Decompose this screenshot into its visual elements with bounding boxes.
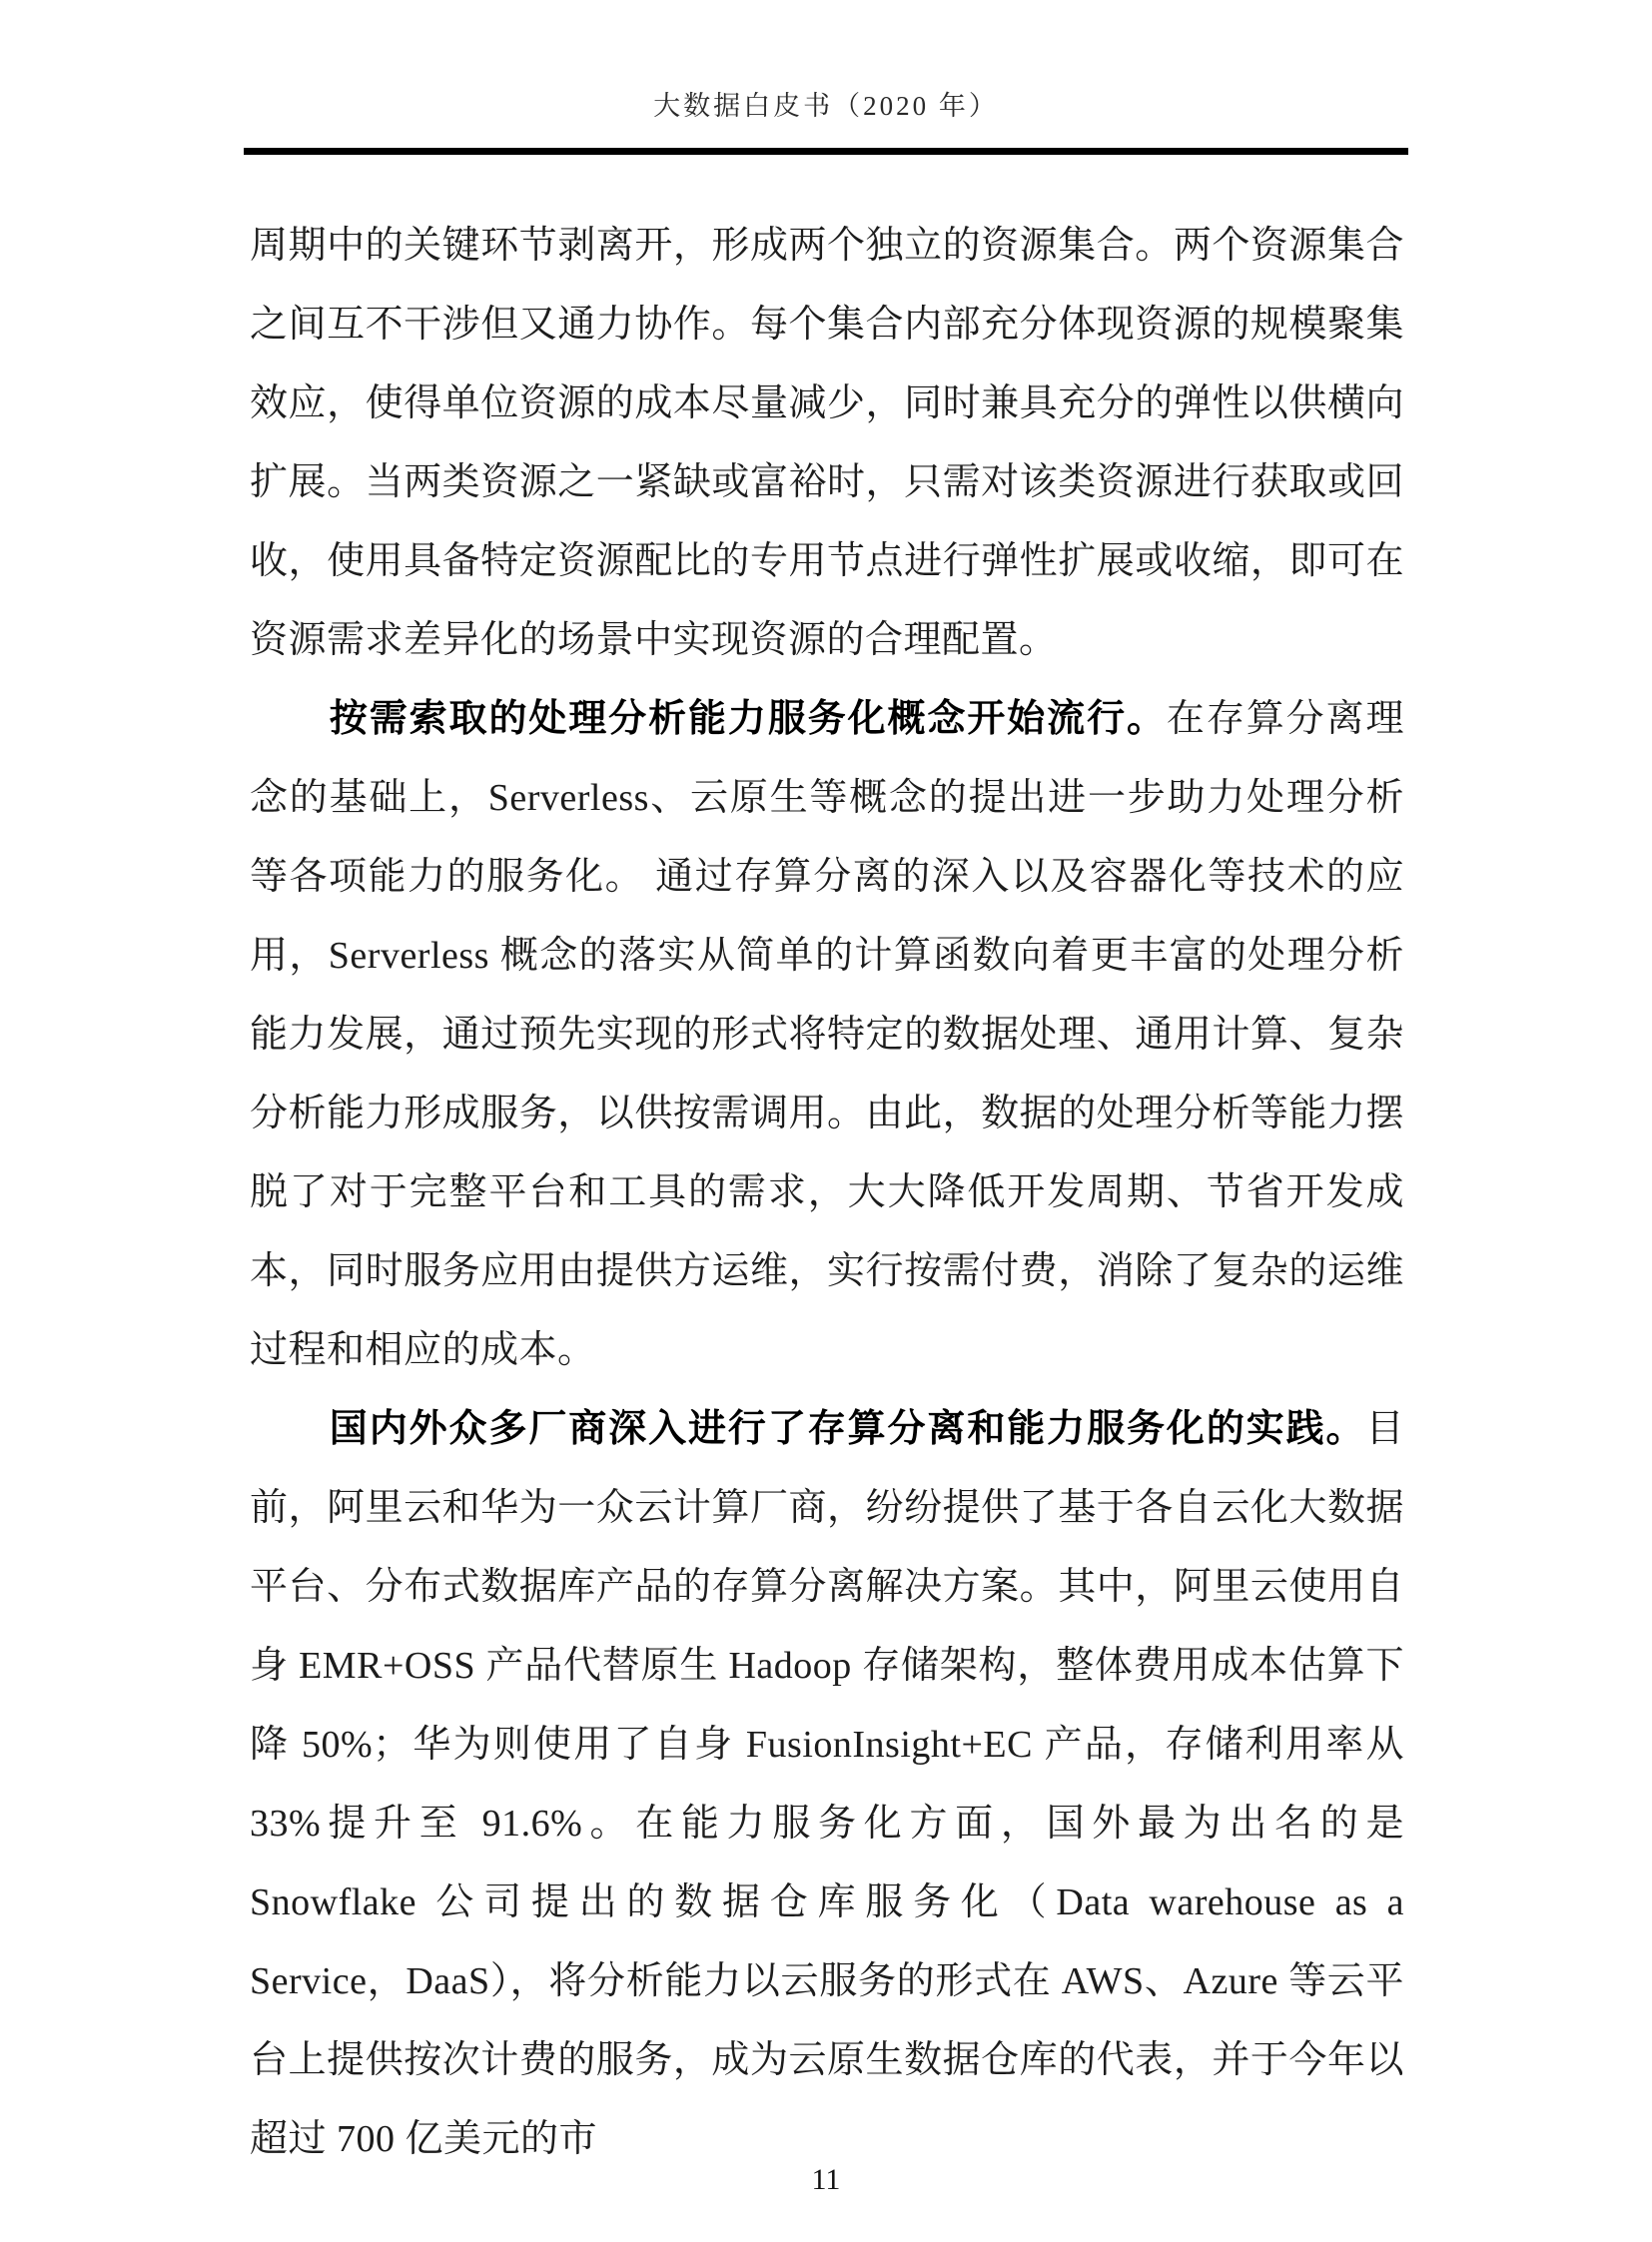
document-header-title: 大数据白皮书（2020 年）	[653, 91, 999, 121]
paragraph: 国内外众多厂商深入进行了存算分离和能力服务化的实践。目前，阿里云和华为一众云计算…	[250, 1390, 1404, 2179]
paragraph: 周期中的关键环节剥离开，形成两个独立的资源集合。两个资源集合之间互不干涉但又通力…	[250, 207, 1404, 680]
paragraph-text: 周期中的关键环节剥离开，形成两个独立的资源集合。两个资源集合之间互不干涉但又通力…	[250, 225, 1404, 661]
document-page: 大数据白皮书（2020 年） 周期中的关键环节剥离开，形成两个独立的资源集合。两…	[0, 0, 1652, 2242]
page-footer: 11	[0, 2163, 1652, 2197]
paragraph-text: 目前，阿里云和华为一众云计算厂商，纷纷提供了基于各自云化大数据平台、分布式数据库…	[250, 1408, 1404, 2160]
header-rule-divider	[244, 148, 1408, 155]
paragraph-text: 在存算分离理念的基础上，Serverless、云原生等概念的提出进一步助力处理分…	[250, 698, 1404, 1371]
page-number: 11	[812, 2163, 841, 2196]
paragraph: 按需索取的处理分析能力服务化概念开始流行。在存算分离理念的基础上，Serverl…	[250, 680, 1404, 1390]
document-header: 大数据白皮书（2020 年）	[0, 84, 1652, 123]
paragraph-lead-bold: 国内外众多厂商深入进行了存算分离和能力服务化的实践。	[330, 1408, 1366, 1450]
paragraph-lead-bold: 按需索取的处理分析能力服务化概念开始流行。	[330, 698, 1167, 740]
document-body: 周期中的关键环节剥离开，形成两个独立的资源集合。两个资源集合之间互不干涉但又通力…	[250, 207, 1404, 2179]
